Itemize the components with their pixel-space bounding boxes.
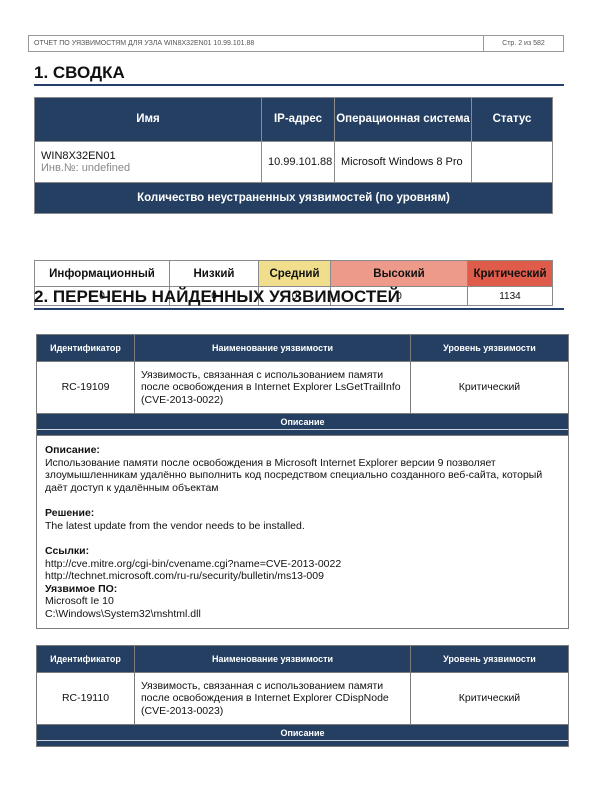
description-header: Описание bbox=[37, 725, 569, 741]
description-header-band bbox=[37, 741, 569, 747]
col-ip: IP-адрес bbox=[262, 98, 335, 142]
vuln-level: Критический bbox=[411, 362, 569, 414]
vulnerability-card: Идентификатор Наименование уязвимости Ур… bbox=[36, 645, 569, 747]
col-level: Уровень уязвимости bbox=[411, 646, 569, 673]
col-status: Статус bbox=[472, 98, 553, 142]
level-medium-label: Средний bbox=[259, 261, 331, 287]
description-label: Описание: bbox=[45, 444, 560, 457]
report-title: ОТЧЕТ ПО УЯЗВИМОСТЯМ ДЛЯ УЗЛА WIN8X32EN0… bbox=[29, 36, 483, 51]
software-product: Microsoft Ie 10 bbox=[45, 595, 560, 608]
vuln-details: Описание: Использование памяти после осв… bbox=[37, 436, 569, 629]
description-header: Описание bbox=[37, 414, 569, 430]
col-level: Уровень уязвимости bbox=[411, 335, 569, 362]
col-os: Операционная система bbox=[335, 98, 472, 142]
col-vuln-name: Наименование уязвимости bbox=[135, 335, 411, 362]
software-path: C:\Windows\System32\mshtml.dll bbox=[45, 608, 560, 621]
software-label: Уязвимое ПО: bbox=[45, 583, 560, 596]
solution-label: Решение: bbox=[45, 507, 560, 520]
link-technet[interactable]: http://technet.microsoft.com/ru-ru/secur… bbox=[45, 570, 560, 583]
host-status bbox=[472, 142, 553, 183]
vulnerability-card: Идентификатор Наименование уязвимости Ур… bbox=[36, 334, 569, 629]
col-name: Имя bbox=[35, 98, 262, 142]
vuln-id: RC-19110 bbox=[37, 673, 135, 725]
host-name: WIN8X32EN01 bbox=[41, 150, 255, 162]
links-label: Ссылки: bbox=[45, 545, 560, 558]
link-cve[interactable]: http://cve.mitre.org/cgi-bin/cvename.cgi… bbox=[45, 558, 560, 571]
section-title-summary: 1. СВОДКА bbox=[34, 63, 564, 86]
counts-title: Количество неустраненных уязвимостей (по… bbox=[35, 183, 553, 214]
vuln-level: Критический bbox=[411, 673, 569, 725]
host-os: Microsoft Windows 8 Pro bbox=[335, 142, 472, 183]
vuln-name: Уязвимость, связанная с использованием п… bbox=[135, 673, 411, 725]
host-inventory: Инв.№: undefined bbox=[41, 162, 255, 174]
level-low-label: Низкий bbox=[170, 261, 259, 287]
vuln-id: RC-19109 bbox=[37, 362, 135, 414]
col-id: Идентификатор bbox=[37, 335, 135, 362]
page-number: Стр. 2 из 582 bbox=[483, 36, 563, 51]
level-critical-label: Критический bbox=[468, 261, 553, 287]
host-name-cell: WIN8X32EN01 Инв.№: undefined bbox=[35, 142, 262, 183]
vuln-name: Уязвимость, связанная с использованием п… bbox=[135, 362, 411, 414]
section-title-vulnerabilities: 2. ПЕРЕЧЕНЬ НАЙДЕННЫХ УЯЗВИМОСТЕЙ bbox=[34, 287, 564, 310]
col-vuln-name: Наименование уязвимости bbox=[135, 646, 411, 673]
page-header: ОТЧЕТ ПО УЯЗВИМОСТЯМ ДЛЯ УЗЛА WIN8X32EN0… bbox=[28, 35, 564, 52]
solution-text: The latest update from the vendor needs … bbox=[45, 520, 560, 533]
col-id: Идентификатор bbox=[37, 646, 135, 673]
summary-table: Имя IP-адрес Операционная система Статус… bbox=[34, 97, 553, 214]
host-ip: 10.99.101.88 bbox=[262, 142, 335, 183]
level-high-label: Высокий bbox=[331, 261, 468, 287]
level-info-label: Информационный bbox=[35, 261, 170, 287]
description-text: Использование памяти после освобождения … bbox=[45, 457, 560, 495]
